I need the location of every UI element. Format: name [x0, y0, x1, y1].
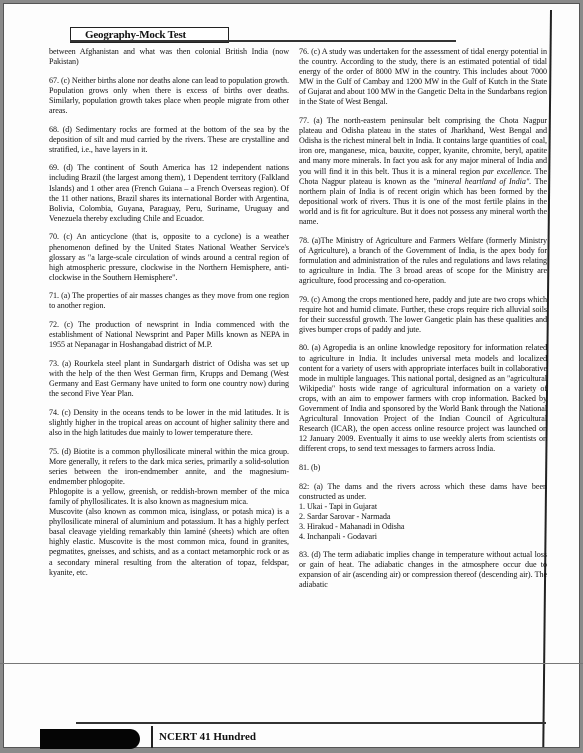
answer-67: 67. (c) Neither births alone nor deaths …: [49, 76, 289, 116]
header-rule: [70, 40, 456, 42]
answer-76: 76. (c) A study was undertaken for the a…: [299, 47, 547, 108]
scan-artifact-line: [0, 663, 583, 664]
right-column: 76. (c) A study was undertaken for the a…: [299, 47, 547, 591]
answer-77: 77. (a) The north-eastern peninsular bel…: [299, 116, 547, 227]
answer-70: 70. (c) An anticyclone (that is, opposit…: [49, 232, 289, 282]
answer-77-emphasis2: "mineral heartland of India".: [433, 177, 531, 186]
document-page: Geography-Mock Test between Afghanistan …: [3, 3, 580, 748]
answer-73: 73. (a) Rourkela steel plant in Sundarga…: [49, 359, 289, 399]
answer-74: 74. (c) Density in the oceans tends to b…: [49, 408, 289, 438]
answer-78: 78. (a)The Ministry of Agriculture and F…: [299, 236, 547, 286]
answer-75-muscovite: Muscovite (also known as common mica, is…: [49, 507, 289, 578]
footer-separator: [151, 726, 153, 748]
answer-68: 68. (d) Sedimentary rocks are formed at …: [49, 125, 289, 155]
dam-list-item: 4. Inchanpali - Godavari: [299, 532, 547, 542]
answer-75-phlogopite: Phlogopite is a yellow, greenish, or red…: [49, 487, 289, 507]
dam-list: 1. Ukai - Tapi in Gujarat 2. Sardar Saro…: [299, 502, 547, 542]
dam-list-item: 1. Ukai - Tapi in Gujarat: [299, 502, 547, 512]
answer-81: 81. (b): [299, 463, 547, 473]
answer-80: 80. (a) Agropedia is an online knowledge…: [299, 343, 547, 454]
answer-77-emphasis1: par excellence.: [483, 167, 532, 176]
answer-83: 83. (d) The term adiabatic implies chang…: [299, 550, 547, 590]
footer-title: NCERT 41 Hundred: [159, 731, 256, 743]
redacted-block: [40, 729, 140, 749]
answer-66-continued: between Afghanistan and what was then co…: [49, 47, 289, 67]
dam-list-item: 2. Sardar Sarovar - Narmada: [299, 512, 547, 522]
answer-75-biotite: 75. (d) Biotite is a common phyllosilica…: [49, 447, 289, 487]
answer-72: 72. (c) The production of newsprint in I…: [49, 320, 289, 350]
answer-82: 82: (a) The dams and the rivers across w…: [299, 482, 547, 502]
left-column: between Afghanistan and what was then co…: [49, 47, 289, 578]
answer-71: 71. (a) The properties of air masses cha…: [49, 291, 289, 311]
answer-79: 79. (c) Among the crops mentioned here, …: [299, 295, 547, 335]
answer-69: 69. (d) The continent of South America h…: [49, 163, 289, 224]
dam-list-item: 3. Hirakud - Mahanadi in Odisha: [299, 522, 547, 532]
footer-rule: [76, 722, 546, 724]
